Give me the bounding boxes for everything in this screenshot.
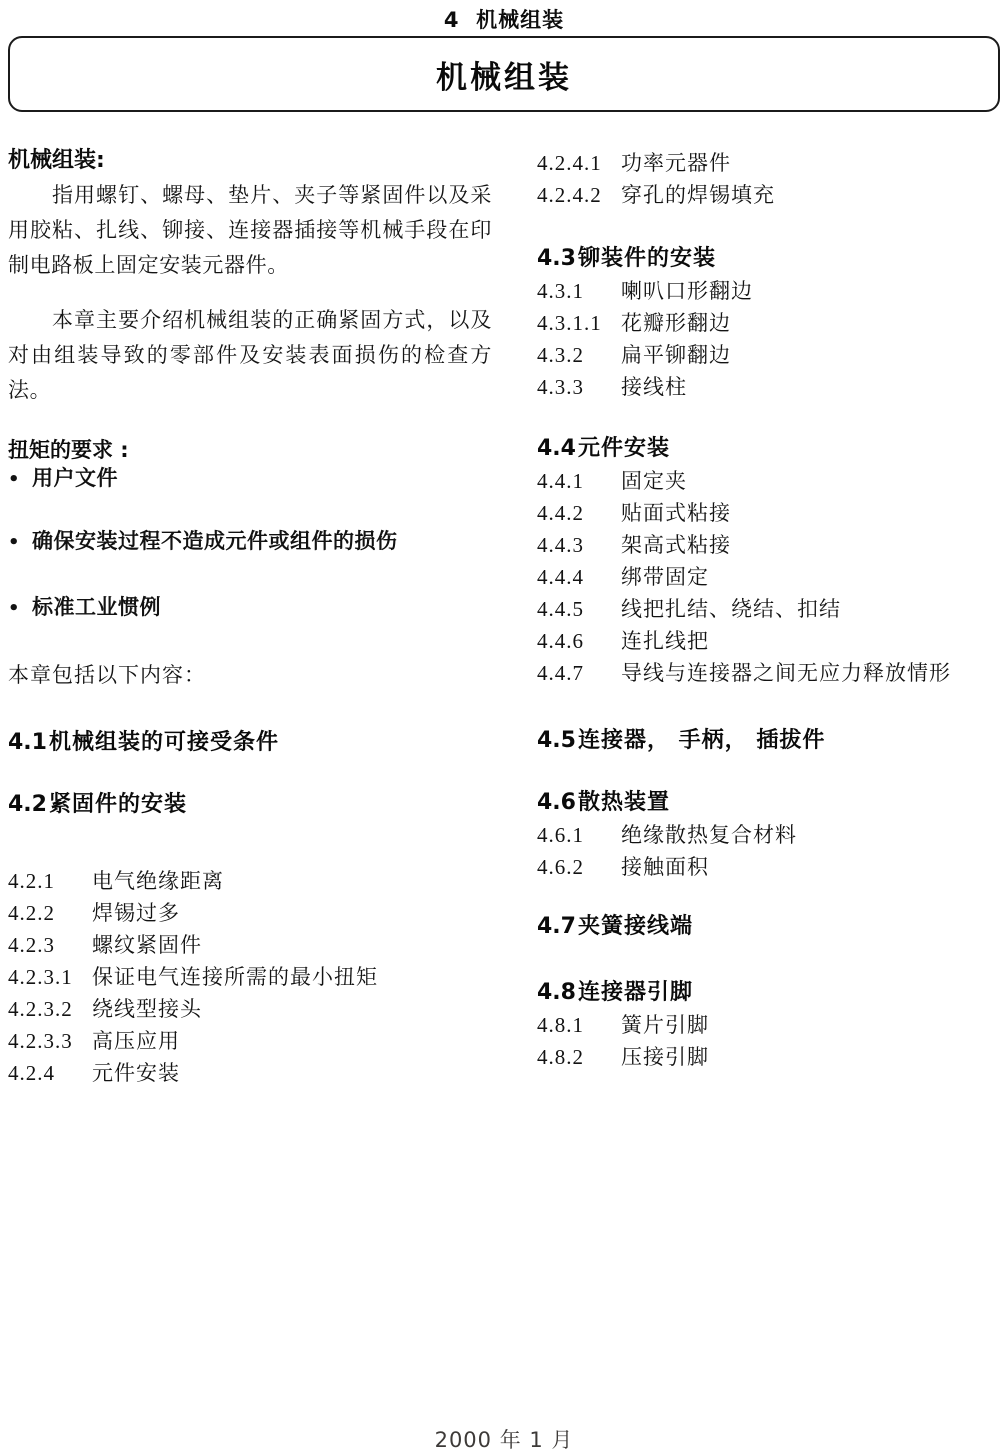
- toc-entry-label: 绝缘散热复合材料: [621, 823, 797, 847]
- toc-entry-label: 元件安装: [578, 436, 670, 461]
- toc-entry-number: 4.8.2: [537, 1041, 621, 1073]
- bullet-icon: •: [8, 532, 20, 553]
- toc-row: 4.2.3.1保证电气连接所需的最小扭矩: [8, 961, 492, 993]
- torque-requirements-heading: 扭矩的要求 :: [8, 436, 492, 464]
- left-column: 机械组装: 指用螺钉、螺母、垫片、夹子等紧固件以及采用胶粘、扎线、铆接、连接器插…: [8, 143, 492, 1089]
- toc-entry-label: 压接引脚: [621, 1045, 709, 1069]
- toc-entry-label: 紧固件的安装: [49, 792, 187, 817]
- toc-row: 4.4元件安装: [537, 433, 1002, 465]
- toc-entry-number: 4.1: [8, 727, 49, 759]
- bullet-icon: •: [8, 469, 20, 490]
- bullet-label: 标准工业惯例: [32, 595, 161, 619]
- definition-paragraph: 指用螺钉、螺母、垫片、夹子等紧固件以及采用胶粘、扎线、铆接、连接器插接等机械手段…: [8, 178, 492, 283]
- toc-entry-number: 4.6: [537, 787, 578, 819]
- toc-row: 4.3.3接线柱: [537, 371, 1002, 403]
- toc-entry-label: 散热装置: [578, 790, 670, 815]
- toc-row: 4.6.2接触面积: [537, 851, 1002, 883]
- toc-entry-label: 扁平铆翻边: [621, 343, 731, 367]
- toc-row: 4.4.2贴面式粘接: [537, 497, 1002, 529]
- toc-entry-number: 4.3.2: [537, 339, 621, 371]
- toc-entry-number: 4.2.4: [8, 1057, 92, 1089]
- toc-row: 4.2.4元件安装: [8, 1057, 492, 1089]
- toc-entry-label: 连扎线把: [621, 629, 709, 653]
- toc-entry-number: 4.5: [537, 725, 578, 757]
- right-column: 4.2.4.1功率元器件 4.2.4.2穿孔的焊锡填充 4.3铆装件的安装 4.…: [537, 147, 1002, 1073]
- toc-entry-number: 4.2.1: [8, 865, 92, 897]
- toc-entry-number: 4.4.7: [537, 657, 621, 689]
- page-footer-date: 2000 年 1 月: [0, 1424, 1008, 1454]
- toc-entry-label: 花瓣形翻边: [621, 311, 731, 335]
- toc-entry-number: 4.7: [537, 911, 578, 943]
- toc-row: 4.8.1簧片引脚: [537, 1009, 1002, 1041]
- toc-entry-number: 4.3.1.1: [537, 307, 621, 339]
- toc-entry-label: 机械组装的可接受条件: [49, 730, 279, 755]
- toc-entry-label: 接触面积: [621, 855, 709, 879]
- toc-entry-label: 电气绝缘距离: [92, 869, 224, 893]
- running-header: 4 机械组装: [0, 4, 1008, 34]
- toc-entry-label: 接线柱: [621, 375, 687, 399]
- toc-row: 4.6.1绝缘散热复合材料: [537, 819, 1002, 851]
- bullet-item: •用户文件: [8, 464, 492, 494]
- toc-entry-label: 贴面式粘接: [621, 501, 731, 525]
- chapter-title: 机械组装: [436, 52, 572, 97]
- toc-row: 4.8连接器引脚: [537, 977, 1002, 1009]
- toc-entry-number: 4.8: [537, 977, 578, 1009]
- toc-row: 4.6散热装置: [537, 787, 1002, 819]
- toc-row: 4.4.1固定夹: [537, 465, 1002, 497]
- contents-lead: 本章包括以下内容：: [8, 661, 492, 689]
- toc-entry-label: 固定夹: [621, 469, 687, 493]
- toc-entry-label: 喇叭口形翻边: [621, 279, 753, 303]
- toc-entry-number: 4.2.2: [8, 897, 92, 929]
- toc-entry-number: 4.4: [537, 433, 578, 465]
- toc-entry-number: 4.3.1: [537, 275, 621, 307]
- toc-row: 4.3.2扁平铆翻边: [537, 339, 1002, 371]
- toc-row: 4.4.7导线与连接器之间无应力释放情形: [537, 657, 1002, 689]
- toc-entry-number: 4.2.4.2: [537, 179, 621, 211]
- toc-entry-number: 4.4.4: [537, 561, 621, 593]
- toc-row: 4.2.1电气绝缘距离: [8, 865, 492, 897]
- bullet-item: •标准工业惯例: [8, 593, 492, 623]
- toc-row: 4.3.1.1花瓣形翻边: [537, 307, 1002, 339]
- toc-entry-label: 高压应用: [92, 1029, 180, 1053]
- toc-row: 4.2.3螺纹紧固件: [8, 929, 492, 961]
- toc-entry-label: 焊锡过多: [92, 901, 180, 925]
- toc-entry-number: 4.3.3: [537, 371, 621, 403]
- definition-heading: 机械组装:: [8, 143, 492, 178]
- toc-row: 4.7夹簧接线端: [537, 911, 1002, 943]
- toc-entry-number: 4.6.1: [537, 819, 621, 851]
- toc-row: 4.2紧固件的安装: [8, 789, 492, 821]
- toc-row: 4.3.1喇叭口形翻边: [537, 275, 1002, 307]
- bullet-label: 确保安装过程不造成元件或组件的损伤: [32, 529, 398, 553]
- toc-entry-number: 4.6.2: [537, 851, 621, 883]
- toc-row: 4.3铆装件的安装: [537, 243, 1002, 275]
- toc-entry-label: 绑带固定: [621, 565, 709, 589]
- toc-row: 4.2.2焊锡过多: [8, 897, 492, 929]
- toc-entry-number: 4.2.3.1: [8, 961, 92, 993]
- document-page: 4 机械组装 机械组装 机械组装: 指用螺钉、螺母、垫片、夹子等紧固件以及采用胶…: [0, 0, 1008, 1454]
- toc-row: 4.8.2压接引脚: [537, 1041, 1002, 1073]
- toc-entry-label: 螺纹紧固件: [92, 933, 202, 957]
- toc-entry-label: 穿孔的焊锡填充: [621, 183, 775, 207]
- bullet-item: •确保安装过程不造成元件或组件的损伤: [8, 527, 492, 557]
- toc-entry-label: 架高式粘接: [621, 533, 731, 557]
- toc-entry-label: 元件安装: [92, 1061, 180, 1085]
- toc-row: 4.2.3.3高压应用: [8, 1025, 492, 1057]
- toc-row: 4.2.4.1功率元器件: [537, 147, 1002, 179]
- toc-entry-label: 连接器引脚: [578, 980, 693, 1005]
- toc-entry-number: 4.4.6: [537, 625, 621, 657]
- toc-entry-number: 4.4.2: [537, 497, 621, 529]
- toc-entry-label: 簧片引脚: [621, 1013, 709, 1037]
- toc-entry-label: 夹簧接线端: [578, 914, 693, 939]
- toc-row: 4.2.4.2穿孔的焊锡填充: [537, 179, 1002, 211]
- toc-entry-number: 4.2: [8, 789, 49, 821]
- toc-entry-number: 4.8.1: [537, 1009, 621, 1041]
- toc-row: 4.4.5线把扎结、绕结、扣结: [537, 593, 1002, 625]
- toc-entry-number: 4.4.5: [537, 593, 621, 625]
- toc-row: 4.4.3架高式粘接: [537, 529, 1002, 561]
- toc-row: 4.4.4绑带固定: [537, 561, 1002, 593]
- toc-entry-label: 绕线型接头: [92, 997, 202, 1021]
- toc-entry-label: 保证电气连接所需的最小扭矩: [92, 965, 378, 989]
- toc-row: 4.4.6连扎线把: [537, 625, 1002, 657]
- toc-entry-label: 铆装件的安装: [578, 246, 716, 271]
- bullet-icon: •: [8, 598, 20, 619]
- toc-row: 4.1机械组装的可接受条件: [8, 727, 492, 759]
- toc-entry-label: 功率元器件: [621, 151, 731, 175]
- chapter-overview-paragraph: 本章主要介绍机械组装的正确紧固方式，以及对由组装导致的零部件及安装表面损伤的检查…: [8, 303, 492, 408]
- toc-entry-number: 4.4.1: [537, 465, 621, 497]
- bullet-label: 用户文件: [32, 466, 118, 490]
- toc-entry-label: 线把扎结、绕结、扣结: [621, 597, 841, 621]
- toc-entry-number: 4.2.3.3: [8, 1025, 92, 1057]
- toc-entry-number: 4.2.4.1: [537, 147, 621, 179]
- toc-entry-number: 4.2.3: [8, 929, 92, 961]
- toc-entry-label: 连接器， 手柄， 插拔件: [578, 728, 825, 753]
- toc-entry-number: 4.3: [537, 243, 578, 275]
- toc-entry-number: 4.2.3.2: [8, 993, 92, 1025]
- toc-entry-label: 导线与连接器之间无应力释放情形: [621, 661, 951, 685]
- chapter-title-box: 机械组装: [8, 36, 1000, 112]
- toc-row: 4.5连接器， 手柄， 插拔件: [537, 725, 1002, 757]
- toc-entry-number: 4.4.3: [537, 529, 621, 561]
- toc-row: 4.2.3.2绕线型接头: [8, 993, 492, 1025]
